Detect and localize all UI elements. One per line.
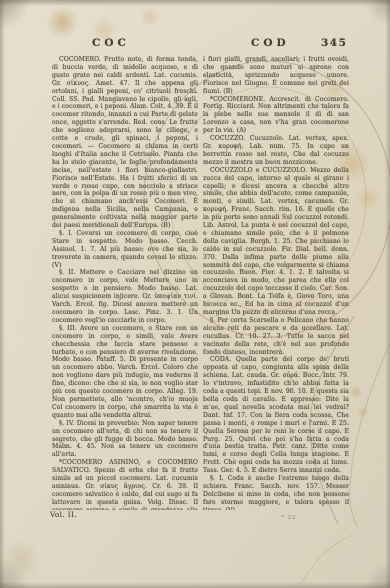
running-header-right: COD bbox=[251, 37, 290, 50]
text-column-left: COCOMERO. Frutto noto, di forma tonda, d… bbox=[52, 56, 198, 510]
paper-crease-line bbox=[350, 345, 389, 526]
dictionary-paragraph: *COCOMERONE. Accrescit. di Cocomero. For… bbox=[203, 96, 349, 136]
paper-crease-line bbox=[300, 535, 352, 585]
dictionary-paragraph: COCUZZOLO e CUCUZZOLO. Mezzo della zucca… bbox=[203, 167, 349, 317]
running-header-left: COC bbox=[92, 37, 130, 50]
scanned-book-page: COC COD 345 COCOMERO. Frutto noto, di fo… bbox=[0, 0, 390, 588]
dictionary-paragraph: COCUZZO. Cucuzzolo. Lat. vertex, apex. G… bbox=[203, 135, 349, 167]
dictionary-paragraph: i fiori gialli, grandi, ascellari; i fru… bbox=[203, 56, 349, 96]
dictionary-paragraph: COCOMERO. Frutto noto, di forma tonda, d… bbox=[52, 56, 198, 230]
dictionary-paragraph: §. Per certa Scarsella o Pelicano che ha… bbox=[203, 317, 349, 357]
signature-mark: * 22 bbox=[281, 515, 297, 521]
page-number: 345 bbox=[321, 37, 347, 49]
dictionary-paragraph: §. III. Avere un cocomero, o Stare con u… bbox=[52, 325, 198, 420]
dictionary-paragraph: §. II. Mettere o Cacciare nel dizzino un… bbox=[52, 269, 198, 324]
dictionary-paragraph: §. IV. Dicesi in proverbio: Non saper te… bbox=[52, 420, 198, 460]
dictionary-paragraph: §. I. Covarsi un cocomero di corpo, cioè… bbox=[52, 230, 198, 270]
dictionary-paragraph: §. I. Coda è anche l'estremo luogo della… bbox=[203, 475, 349, 510]
text-column-right: i fiori gialli, grandi, ascellari; i fru… bbox=[203, 56, 349, 510]
volume-label: Vol. II. bbox=[50, 510, 77, 519]
dictionary-paragraph: CODA. Quella parte del corpo de' bruti o… bbox=[203, 356, 349, 475]
dictionary-paragraph: *COCOMERO ASININO, e COCOMERO SALVATICO.… bbox=[52, 459, 198, 510]
